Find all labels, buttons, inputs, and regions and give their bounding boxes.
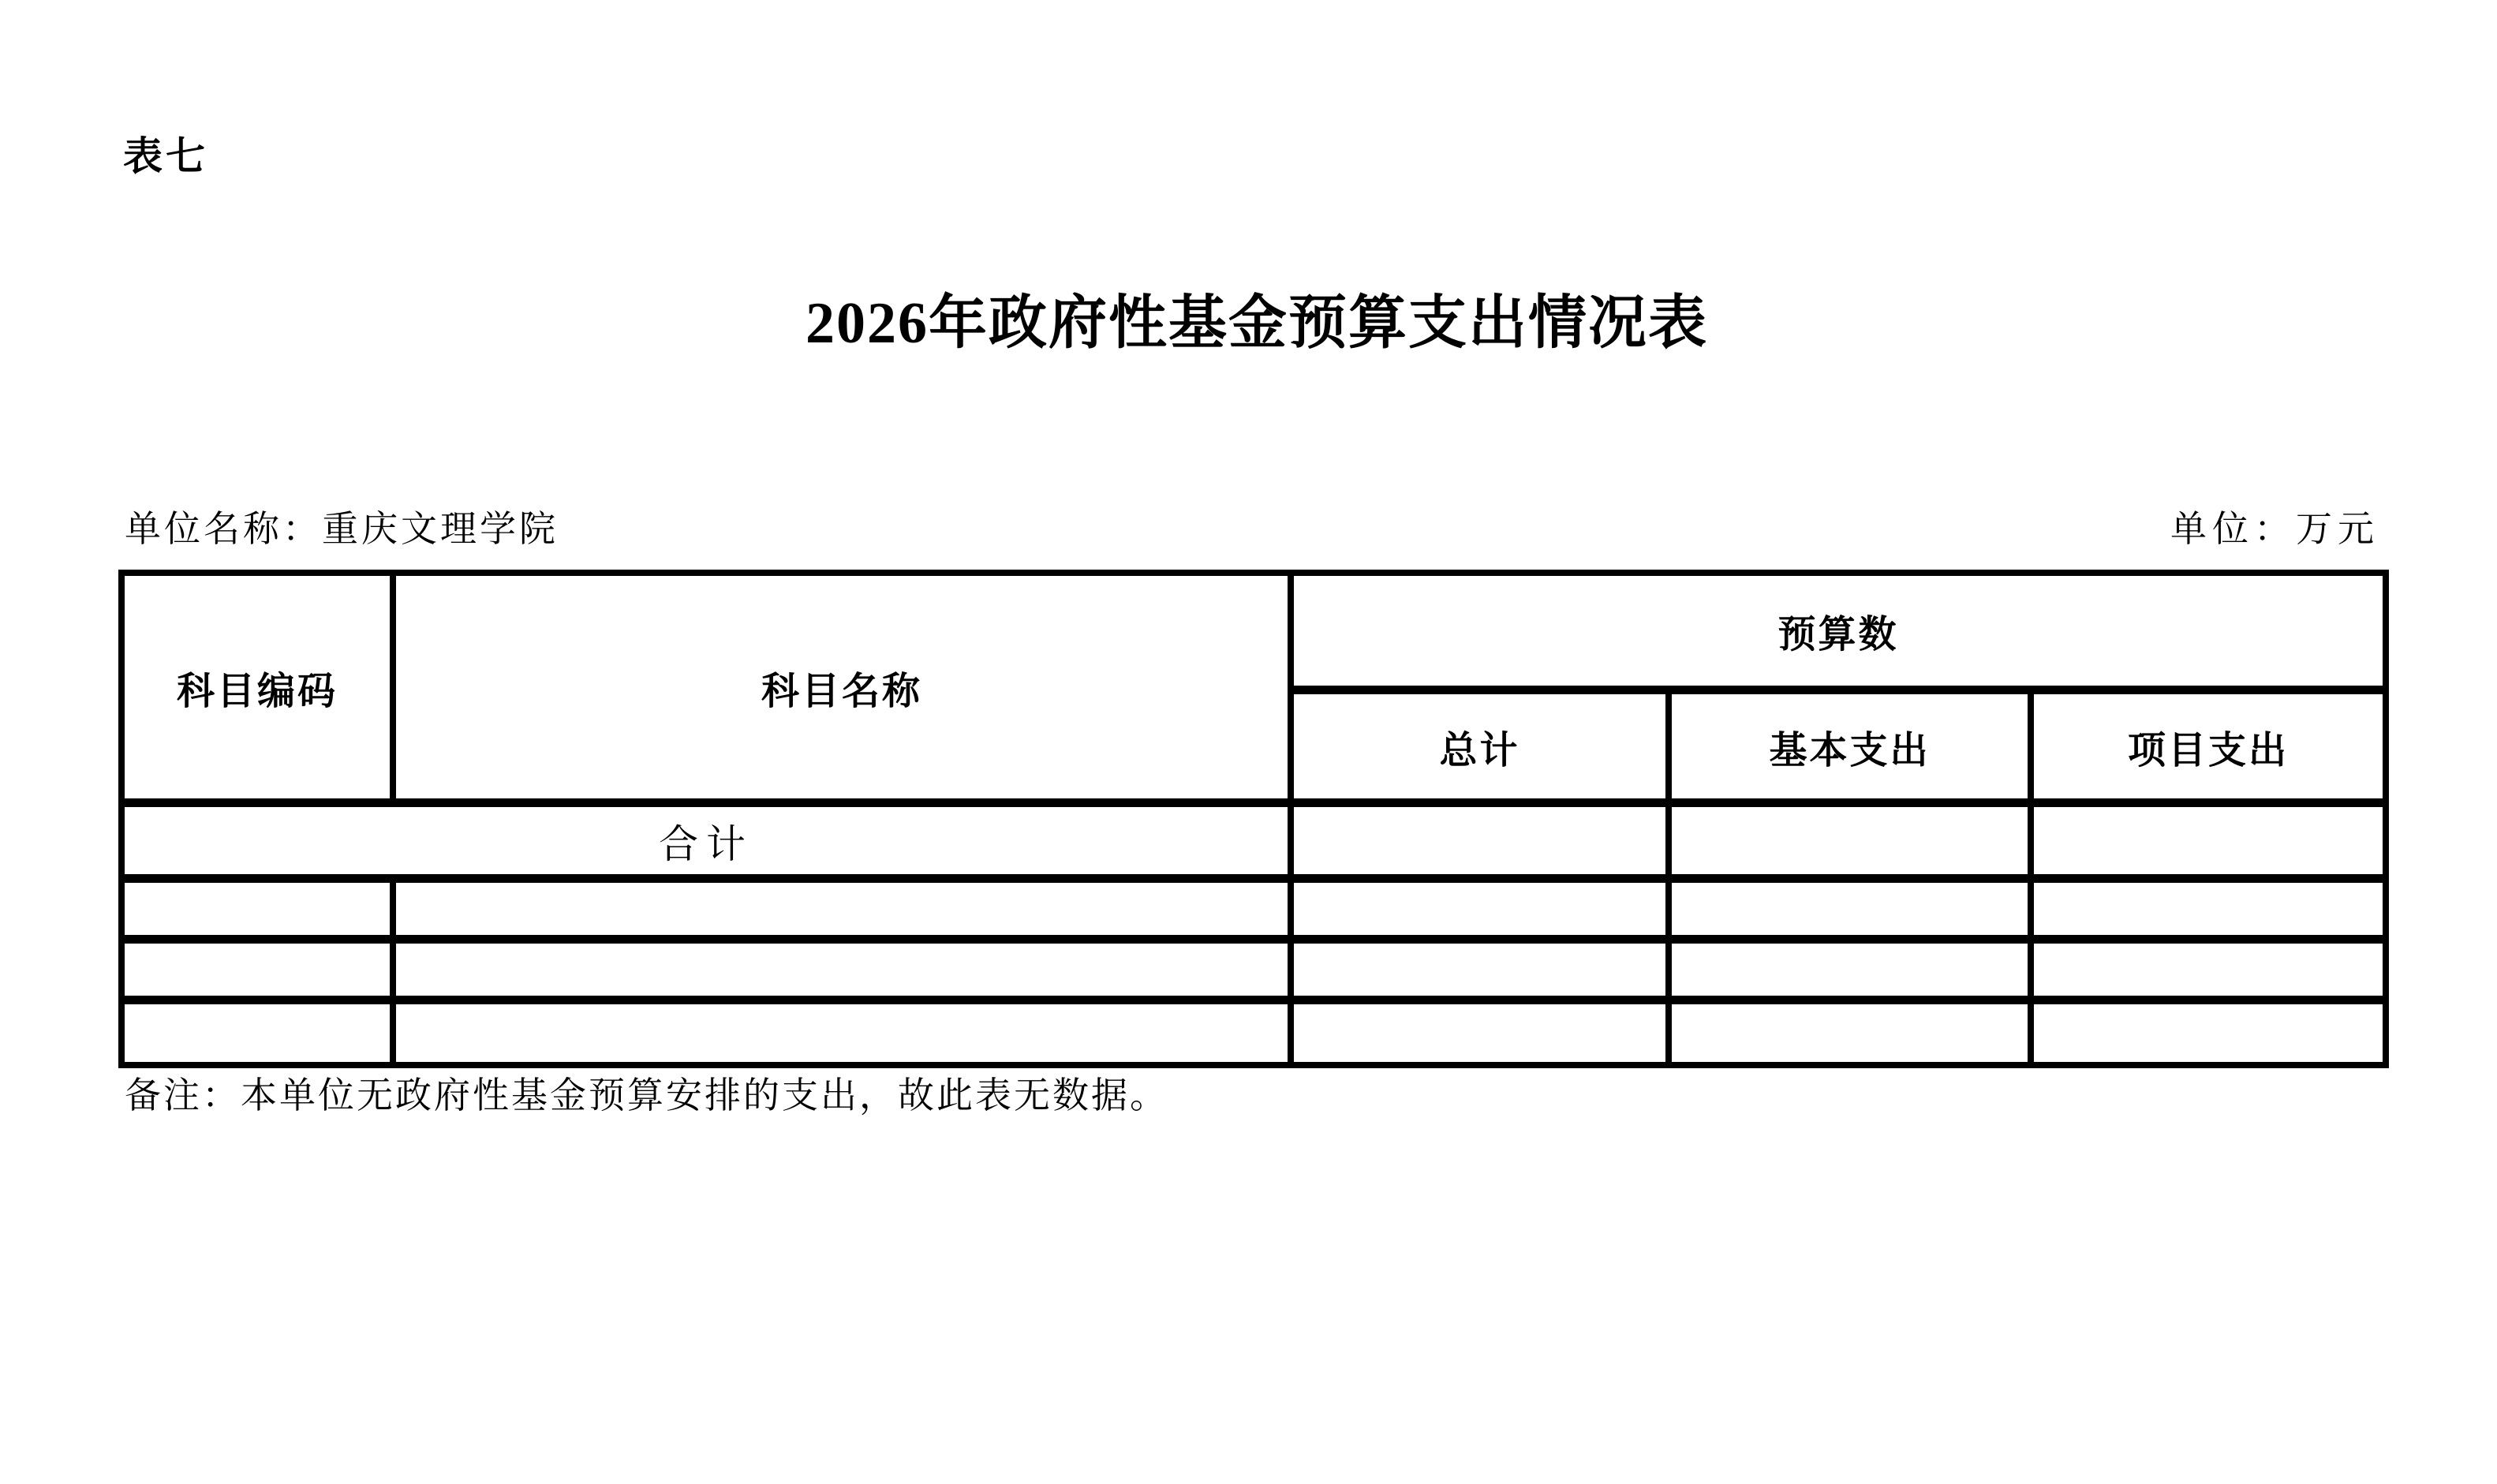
empty-cell (1672, 1004, 2034, 1062)
header-budget-group: 预算数 (1294, 576, 2383, 694)
header-basic-expenditure: 基本支出 (1672, 694, 2034, 807)
header-subject-code: 科目编码 (125, 576, 396, 807)
budget-table: 科目编码 科目名称 预算数 总计 基本支出 项目支出 合计 (118, 570, 2389, 1068)
unit-name: 单位名称：重庆文理学院 (125, 500, 559, 552)
document-title: 2026年政府性基金预算支出情况表 (118, 276, 2395, 360)
empty-cell (1294, 1004, 1672, 1062)
note: 备注：本单位无政府性基金预算安排的支出，故此表无数据。 (125, 1067, 1168, 1119)
total-row-cell-basic (1672, 807, 2034, 883)
empty-cell (2034, 883, 2383, 944)
header-total: 总计 (1294, 694, 1672, 807)
empty-cell (396, 944, 1294, 1004)
empty-cell (125, 944, 396, 1004)
header-project-expenditure: 项目支出 (2034, 694, 2383, 807)
empty-cell (1672, 944, 2034, 1004)
document-page: 表七 2026年政府性基金预算支出情况表 单位名称：重庆文理学院 单位：万元 科… (0, 0, 2497, 1484)
sheet-label: 表七 (123, 125, 208, 181)
empty-cell (1294, 883, 1672, 944)
total-row-cell-total (1294, 807, 1672, 883)
header-subject-name: 科目名称 (396, 576, 1294, 807)
empty-cell (2034, 1004, 2383, 1062)
empty-cell (1294, 944, 1672, 1004)
empty-cell (125, 1004, 396, 1062)
empty-cell (1672, 883, 2034, 944)
total-row-cell-project (2034, 807, 2383, 883)
empty-cell (396, 1004, 1294, 1062)
empty-cell (396, 883, 1294, 944)
total-row-label: 合计 (125, 807, 1294, 883)
empty-cell (2034, 944, 2383, 1004)
empty-cell (125, 883, 396, 944)
unit-measure: 单位：万元 (2170, 500, 2379, 552)
